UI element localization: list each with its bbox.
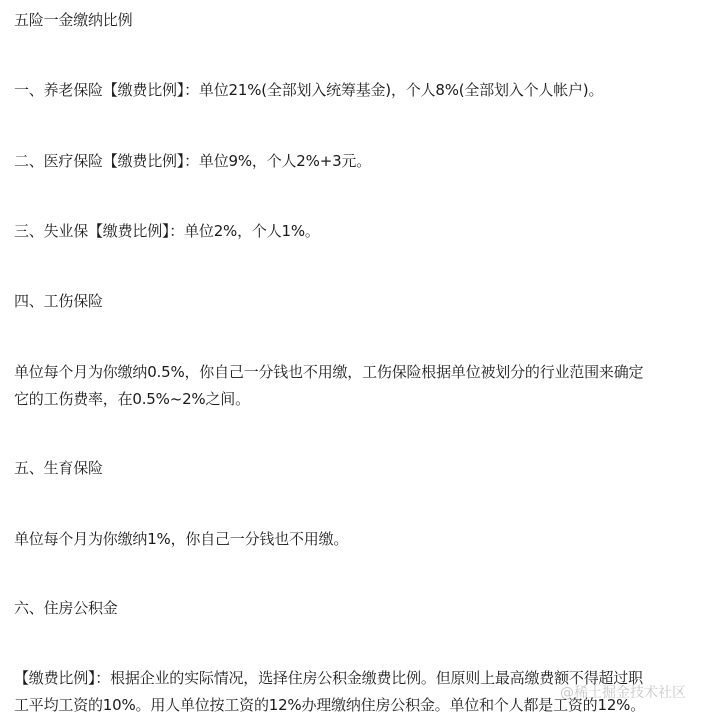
paragraph-maternity: 单位每个月为你缴纳1%，你自己一分钱也不用缴。	[14, 523, 348, 555]
watermark: @稀土掘金技术社区	[560, 682, 686, 702]
heading-work-injury: 四、工伤保险	[14, 285, 103, 317]
heading-maternity: 五、生育保险	[14, 452, 103, 484]
paragraph-pension: 一、养老保险【缴费比例】：单位21%(全部划入统筹基金)，个人8%(全部划入个人…	[14, 74, 603, 106]
heading-housing-fund: 六、住房公积金	[14, 592, 118, 624]
paragraph-housing-fund-line2: 工平均工资的10%。用人单位按工资的12%办理缴纳住房公积金。单位和个人都是工资…	[14, 689, 645, 721]
paragraph-unemployment: 三、失业保【缴费比例】：单位2%，个人1%。	[14, 215, 320, 247]
paragraph-medical: 二、医疗保险【缴费比例】：单位9%，个人2%+3元。	[14, 145, 371, 177]
document-title: 五险一金缴纳比例	[14, 4, 132, 36]
paragraph-work-injury-line2: 它的工伤费率，在0.5%~2%之间。	[14, 383, 250, 415]
